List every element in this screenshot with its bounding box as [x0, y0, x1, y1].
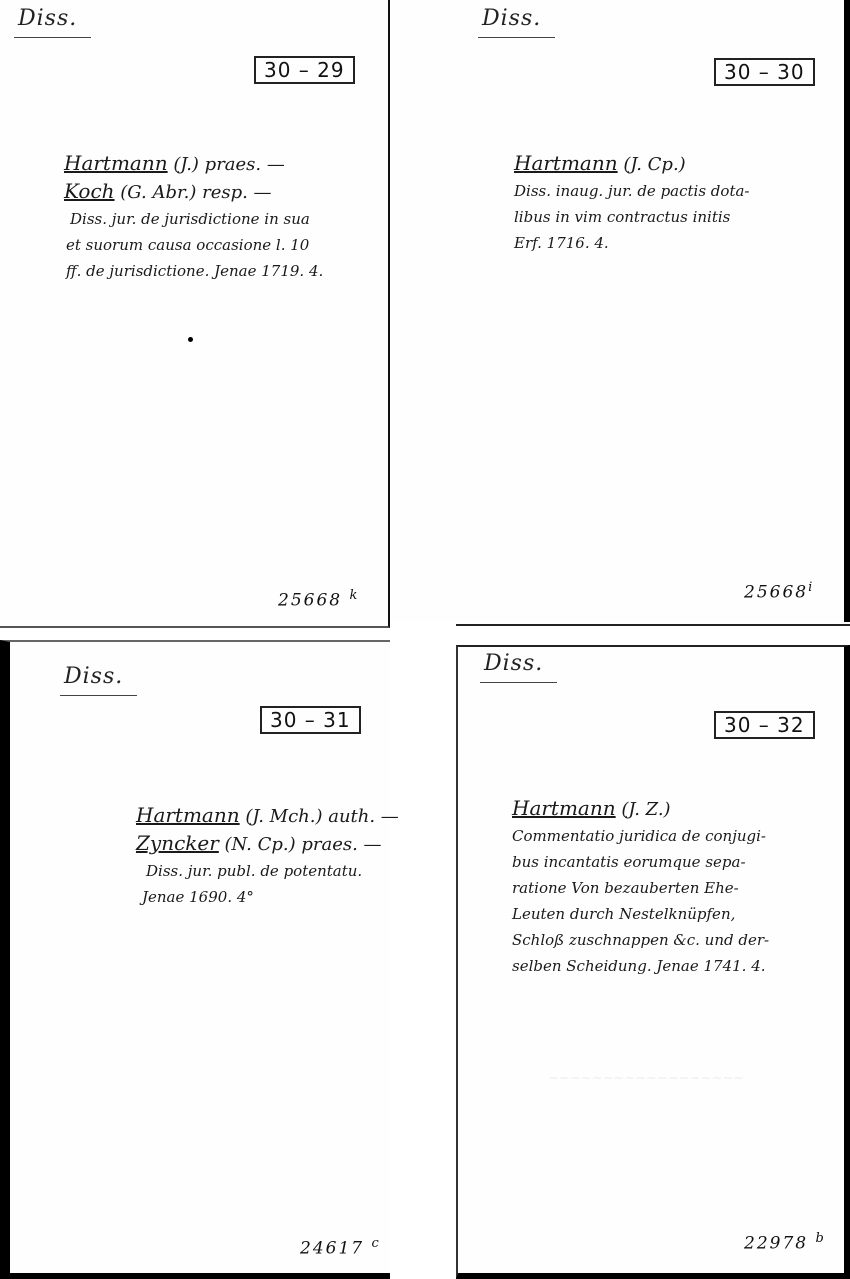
accession-value: 25668: [278, 591, 342, 611]
author-name: Hartmann: [514, 151, 618, 175]
catalog-entry: Hartmann (J. Cp.) Diss. inaug. jur. de p…: [514, 150, 749, 256]
entry-line: Jenae 1690. 4°: [136, 884, 399, 910]
accession-value: 24617: [300, 1239, 364, 1259]
entry-line: ratione Von bezauberten Ehe-: [512, 875, 769, 901]
shelf-signature: 30 – 31: [260, 706, 361, 734]
accession-value: 25668: [744, 583, 808, 603]
ink-dot: [188, 337, 193, 342]
category-label: Diss.: [14, 6, 91, 38]
shelf-signature: 30 – 29: [254, 56, 355, 84]
catalog-card-30-29: Diss. 30 – 29 Hartmann (J.) praes. — Koc…: [0, 0, 390, 628]
entry-line: libus in vim contractus initis: [514, 204, 749, 230]
category-label: Diss.: [480, 651, 557, 683]
entry-line: Leuten durch Nestelknüpfen,: [512, 901, 769, 927]
catalog-card-30-30: Diss. 30 – 30 Hartmann (J. Cp.) Diss. in…: [390, 0, 850, 622]
accession-suffix: k: [350, 588, 360, 603]
coauthor-name: Koch: [64, 179, 115, 203]
catalog-entry: Hartmann (J. Mch.) auth. — Zyncker (N. C…: [136, 802, 399, 910]
shelf-signature: 30 – 32: [714, 711, 815, 739]
shelf-signature: 30 – 30: [714, 58, 815, 86]
card-edge: [456, 624, 850, 626]
accession-suffix: i: [808, 580, 814, 595]
accession-number: 25668 k: [278, 588, 359, 611]
faded-erased-text: ~~~~~~~~~~~~~~~~~~: [548, 1071, 744, 1086]
entry-line: ff. de jurisdictione. Jenae 1719. 4.: [64, 258, 323, 284]
author-details: (J. Z.): [621, 799, 670, 820]
author-details: (J.) praes. —: [173, 154, 285, 175]
catalog-card-30-32: Diss. 30 – 32 Hartmann (J. Z.) Commentat…: [456, 645, 850, 1279]
category-label: Diss.: [478, 6, 555, 38]
entry-line: selben Scheidung. Jenae 1741. 4.: [512, 953, 769, 979]
entry-line: Schloß zuschnappen &c. und der-: [512, 927, 769, 953]
catalog-entry: Hartmann (J. Z.) Commentatio juridica de…: [512, 795, 769, 979]
entry-line: Diss. inaug. jur. de pactis dota-: [514, 178, 749, 204]
coauthor-details: (N. Cp.) praes. —: [225, 834, 382, 855]
accession-suffix: b: [816, 1231, 826, 1246]
entry-line: bus incantatis eorumque sepa-: [512, 849, 769, 875]
accession-number: 25668i: [744, 580, 814, 603]
author-name: Hartmann: [64, 151, 168, 175]
accession-suffix: c: [372, 1236, 381, 1251]
coauthor-name: Zyncker: [136, 831, 219, 855]
accession-number: 22978 b: [744, 1231, 826, 1254]
catalog-entry: Hartmann (J.) praes. — Koch (G. Abr.) re…: [64, 150, 323, 284]
entry-line: Diss. jur. de jurisdictione in sua: [64, 206, 323, 232]
entry-line: Erf. 1716. 4.: [514, 230, 749, 256]
accession-number: 24617 c: [300, 1236, 381, 1259]
entry-line: Diss. jur. publ. de potentatu.: [136, 858, 399, 884]
entry-line: Commentatio juridica de conjugi-: [512, 823, 769, 849]
entry-line: et suorum causa occasione l. 10: [64, 232, 323, 258]
author-details: (J. Mch.) auth. —: [245, 806, 398, 827]
author-details: (J. Cp.): [623, 154, 685, 175]
author-name: Hartmann: [136, 803, 240, 827]
author-name: Hartmann: [512, 796, 616, 820]
category-label: Diss.: [60, 664, 137, 696]
coauthor-details: (G. Abr.) resp. —: [120, 182, 271, 203]
catalog-card-30-31: Diss. 30 – 31 Hartmann (J. Mch.) auth. —…: [0, 640, 390, 1279]
accession-value: 22978: [744, 1234, 808, 1254]
